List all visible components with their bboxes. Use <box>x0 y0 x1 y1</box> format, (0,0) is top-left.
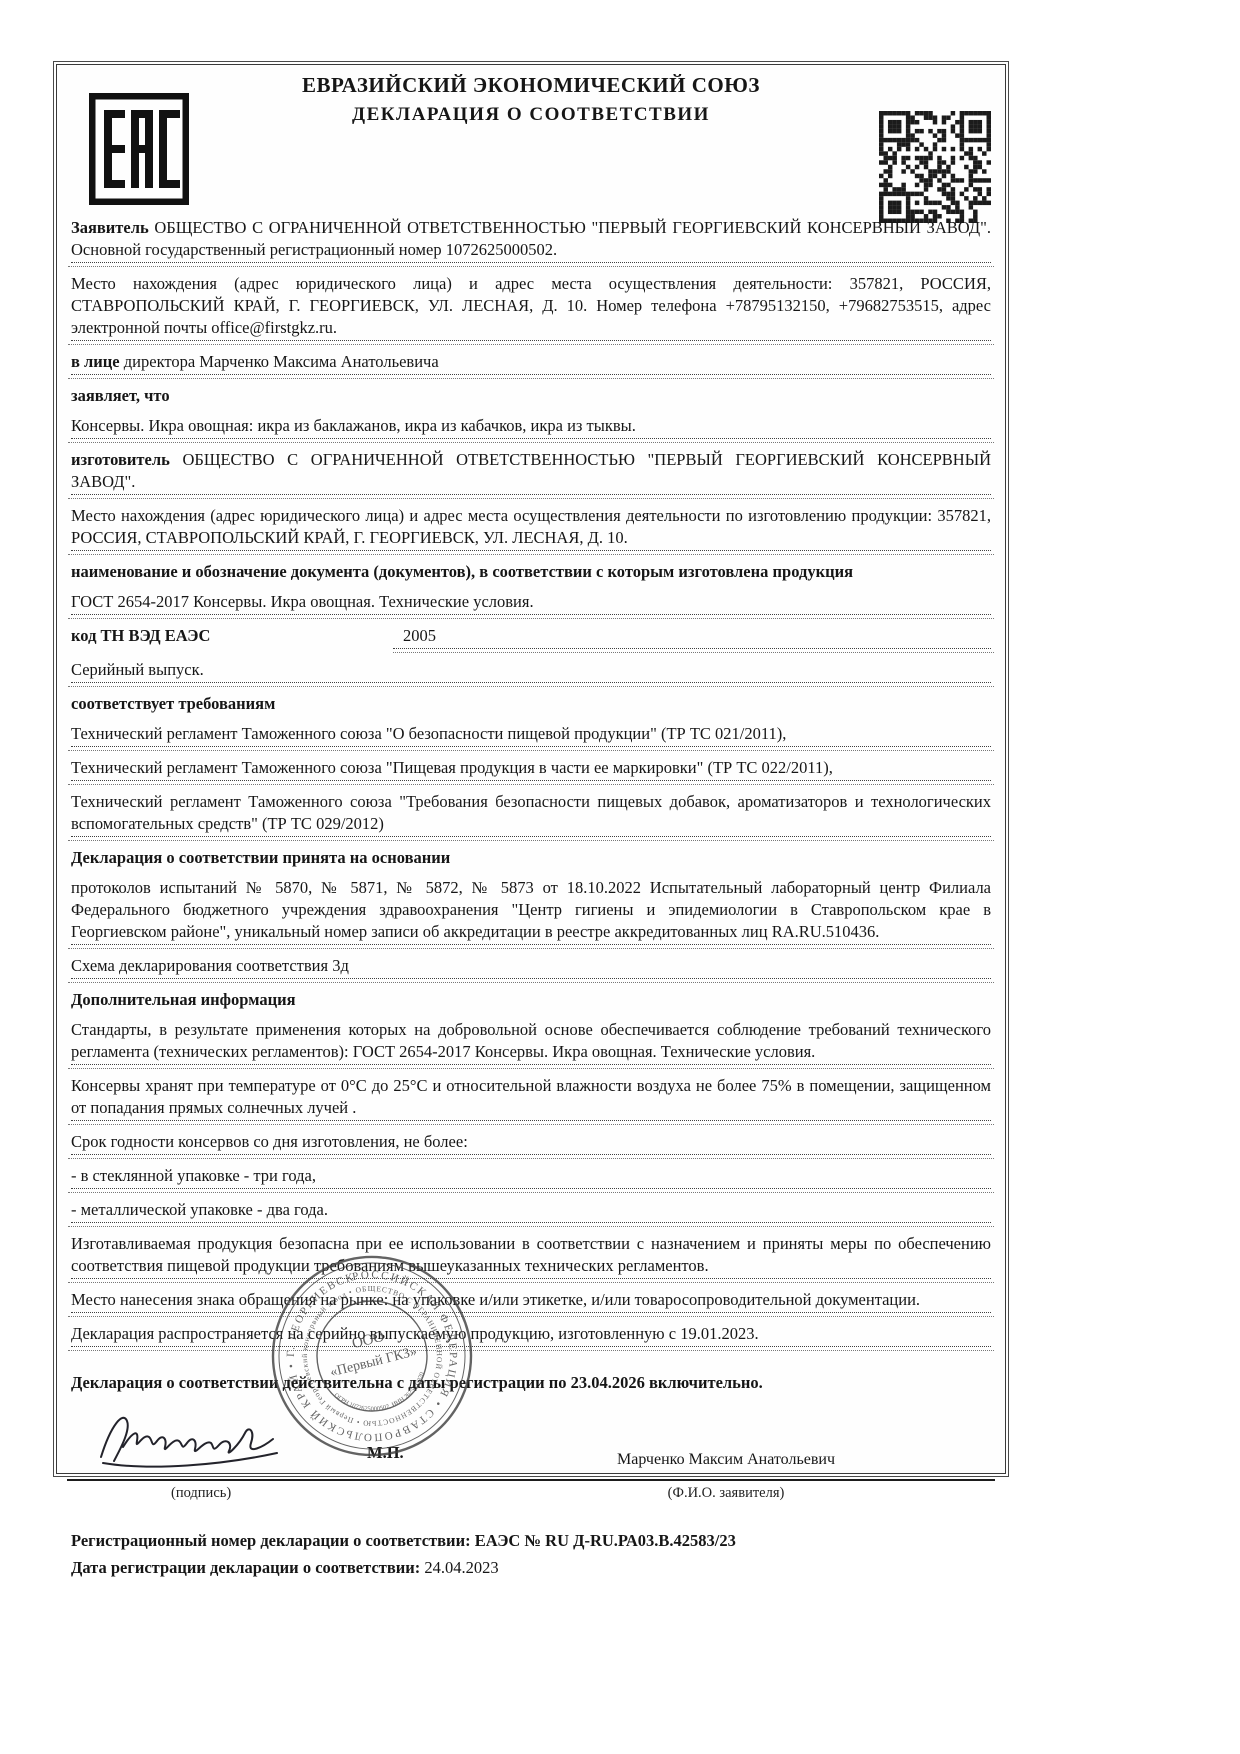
shelf-life-row: Срок годности консервов со дня изготовле… <box>71 1131 991 1155</box>
document-header: ЕВРАЗИЙСКИЙ ЭКОНОМИЧЕСКИЙ СОЮЗ ДЕКЛАРАЦИ… <box>57 65 1005 217</box>
registration-date-line: Дата регистрации декларации о соответств… <box>71 1554 991 1581</box>
signature-area: Марченко Максим Анатольевич (подпись) (Ф… <box>71 1399 991 1511</box>
tnved-label: код ТН ВЭД ЕАЭС <box>71 625 393 649</box>
tnved-row: код ТН ВЭД ЕАЭС 2005 <box>71 625 991 649</box>
safety-row: Изготавливаемая продукция безопасна при … <box>71 1233 991 1279</box>
union-title: ЕВРАЗИЙСКИЙ ЭКОНОМИЧЕСКИЙ СОЮЗ <box>57 73 1005 98</box>
regulation3-row: Технический регламент Таможенного союза … <box>71 791 991 837</box>
qr-code <box>877 111 993 223</box>
handwritten-signature <box>91 1403 291 1475</box>
signature-line <box>67 1479 995 1481</box>
applicant-fullname: Марченко Максим Анатольевич <box>526 1451 926 1469</box>
applicant-label: Заявитель <box>71 218 149 237</box>
title-block: ЕВРАЗИЙСКИЙ ЭКОНОМИЧЕСКИЙ СОЮЗ ДЕКЛАРАЦИ… <box>57 73 1005 126</box>
serial-row: Серийный выпуск. <box>71 659 991 683</box>
doc-heading: наименование и обозначение документа (до… <box>71 561 991 583</box>
manufacturer-label: изготовитель <box>71 450 170 469</box>
glass-pack-row: - в стеклянной упаковке - три года, <box>71 1165 991 1189</box>
product-row: Консервы. Икра овощная: икра из баклажан… <box>71 415 991 439</box>
scanned-declaration-page: ЕВРАЗИЙСКИЙ ЭКОНОМИЧЕСКИЙ СОЮЗ ДЕКЛАРАЦИ… <box>0 0 1240 1754</box>
regulation1-row: Технический регламент Таможенного союза … <box>71 723 991 747</box>
additional-heading: Дополнительная информация <box>71 989 991 1011</box>
fio-caption: (Ф.И.О. заявителя) <box>591 1485 861 1502</box>
registration-block: Регистрационный номер декларации о соотв… <box>71 1527 991 1581</box>
gost-row: ГОСТ 2654-2017 Консервы. Икра овощная. Т… <box>71 591 991 615</box>
signature-section: Декларация о соответствии действительна … <box>57 1373 1005 1581</box>
declares-heading: заявляет, что <box>71 385 991 407</box>
in-person-label: в лице <box>71 352 120 371</box>
manufacturer-text: ОБЩЕСТВО С ОГРАНИЧЕННОЙ ОТВЕТСТВЕННОСТЬЮ… <box>71 450 991 491</box>
sign-caption: (подпись) <box>171 1485 231 1502</box>
protocols-row: протоколов испытаний № 5870, № 5871, № 5… <box>71 877 991 945</box>
reg-number-value: ЕАЭС № RU Д-RU.РА03.В.42583/23 <box>475 1531 736 1550</box>
document-frame: ЕВРАЗИЙСКИЙ ЭКОНОМИЧЕСКИЙ СОЮЗ ДЕКЛАРАЦИ… <box>56 64 1006 1474</box>
seal-place-mark: М.П. <box>367 1443 404 1463</box>
document-title: ДЕКЛАРАЦИЯ О СООТВЕТСТВИИ <box>57 104 1005 126</box>
in-person-row: в лице директора Марченко Максима Анатол… <box>71 351 991 375</box>
in-person-text: директора Марченко Максима Анатольевича <box>124 352 439 371</box>
eac-mark-icon <box>89 93 189 205</box>
reg-date-label: Дата регистрации декларации о соответств… <box>71 1558 420 1577</box>
series-from-row: Декларация распространяется на серийно в… <box>71 1323 991 1347</box>
registration-number-line: Регистрационный номер декларации о соотв… <box>71 1527 991 1554</box>
validity-statement: Декларация о соответствии действительна … <box>71 1373 991 1393</box>
reg-date-value: 24.04.2023 <box>424 1558 498 1577</box>
metal-pack-row: - металлической упаковке - два года. <box>71 1199 991 1223</box>
mark-place-row: Место нанесения знака обращения на рынке… <box>71 1289 991 1313</box>
scheme-row: Схема декларирования соответствия 3д <box>71 955 991 979</box>
regulation2-row: Технический регламент Таможенного союза … <box>71 757 991 781</box>
applicant-text: ОБЩЕСТВО С ОГРАНИЧЕННОЙ ОТВЕТСТВЕННОСТЬЮ… <box>71 218 991 259</box>
declaration-body: Заявитель ОБЩЕСТВО С ОГРАНИЧЕННОЙ ОТВЕТС… <box>57 217 1005 1347</box>
reg-number-label: Регистрационный номер декларации о соотв… <box>71 1531 471 1550</box>
basis-heading: Декларация о соответствии принята на осн… <box>71 847 991 869</box>
tnved-value: 2005 <box>393 625 991 649</box>
storage-row: Консервы хранят при температуре от 0°С д… <box>71 1075 991 1121</box>
conforms-heading: соответствует требованиям <box>71 693 991 715</box>
standards-row: Стандарты, в результате применения котор… <box>71 1019 991 1065</box>
applicant-row: Заявитель ОБЩЕСТВО С ОГРАНИЧЕННОЙ ОТВЕТС… <box>71 217 991 263</box>
manufacturer-row: изготовитель ОБЩЕСТВО С ОГРАНИЧЕННОЙ ОТВ… <box>71 449 991 495</box>
applicant-address-row: Место нахождения (адрес юридического лиц… <box>71 273 991 341</box>
manufacturer-address-row: Место нахождения (адрес юридического лиц… <box>71 505 991 551</box>
